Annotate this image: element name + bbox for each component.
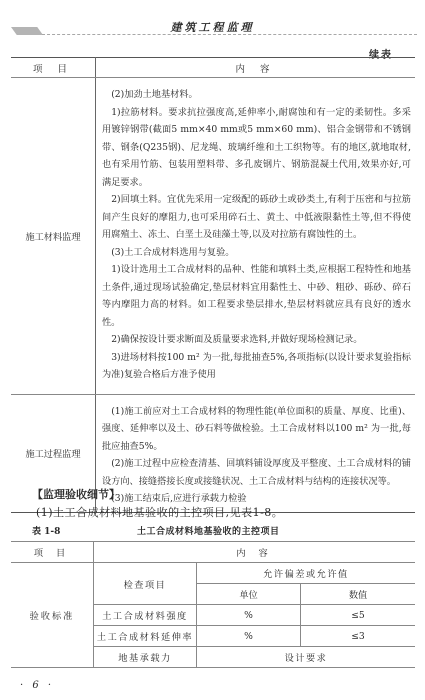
value-cell: ≤5: [301, 605, 416, 626]
paragraph: 3)进场材料按100 m² 为一批,每批抽查5%,各项指标(以设计要求复验指标为…: [102, 349, 411, 384]
merged-cell: 设计要求: [197, 647, 416, 668]
paragraph: (2)施工过程中应检查清基、回填料铺设厚度及平整度、土工合成材料的铺设方向、接缝…: [102, 455, 411, 490]
table-caption-title: 土工合成材料地基验收的主控项目: [137, 524, 280, 537]
header-content: 内 容: [94, 542, 416, 563]
value-cell: ≤3: [301, 626, 416, 647]
header-item: 项 目: [11, 58, 96, 78]
unit-cell: %: [197, 626, 301, 647]
table-caption-number: 表 1-8: [32, 524, 60, 537]
allowance-header: 允许偏差或允许值: [197, 563, 416, 584]
page-number: · 6 ·: [20, 680, 54, 691]
check-item: 土工合成材料延伸率: [94, 626, 197, 647]
paragraph: (1)施工前应对土工合成材料的物理性能(单位面积的质量、厚度、比重)、强度、延伸…: [102, 403, 411, 456]
running-title: 建筑工程监理: [0, 19, 425, 35]
value-header: 数值: [301, 584, 416, 605]
section-text: (1)土工合成材料地基验收的主控项目,见表1-8。: [36, 504, 283, 520]
row-label: 验收标准: [11, 563, 94, 668]
paragraph: 2)回填土料。宜优先采用一定级配的砾砂土或砂类土,有利于压密和与拉筋间产生良好的…: [102, 191, 411, 244]
paragraph: (3)土工合成材料选用与复验。: [102, 244, 411, 262]
check-item: 土工合成材料强度: [94, 605, 197, 626]
unit-header: 单位: [197, 584, 301, 605]
unit-cell: %: [197, 605, 301, 626]
paragraph: (2)加劲土地基材料。: [102, 86, 411, 104]
table-row: 施工材料监理 (2)加劲土地基材料。 1)拉筋材料。要求抗拉强度高,延伸率小,耐…: [11, 78, 415, 395]
header-item: 项 目: [11, 542, 94, 563]
row-content: (2)加劲土地基材料。 1)拉筋材料。要求抗拉强度高,延伸率小,耐腐蚀和有一定的…: [96, 78, 416, 395]
section-title: 【监理验收细节】: [32, 486, 120, 502]
check-item: 地基承载力: [94, 647, 197, 668]
row-label: 施工材料监理: [11, 78, 96, 395]
row-content: (1)施工前应对土工合成材料的物理性能(单位面积的质量、厚度、比重)、强度、延伸…: [96, 394, 416, 512]
check-item-header: 检查项目: [94, 563, 197, 605]
table-1-8: 项 目 内 容 验收标准 检查项目 允许偏差或允许值 单位 数值 土工合成材料强…: [11, 541, 415, 668]
continued-table: 项 目 内 容 施工材料监理 (2)加劲土地基材料。 1)拉筋材料。要求抗拉强度…: [11, 57, 415, 513]
paragraph: 2)确保按设计要求断面及质量要求选料,并做好现场检测记录。: [102, 331, 411, 349]
header-content: 内 容: [96, 58, 416, 78]
paragraph: 1)设计选用土工合成材料的品种、性能和填料土类,应根据工程特性和地基土条件,通过…: [102, 261, 411, 331]
paragraph: 1)拉筋材料。要求抗拉强度高,延伸率小,耐腐蚀和有一定的柔韧性。多采用镀锌钢带(…: [102, 104, 411, 192]
